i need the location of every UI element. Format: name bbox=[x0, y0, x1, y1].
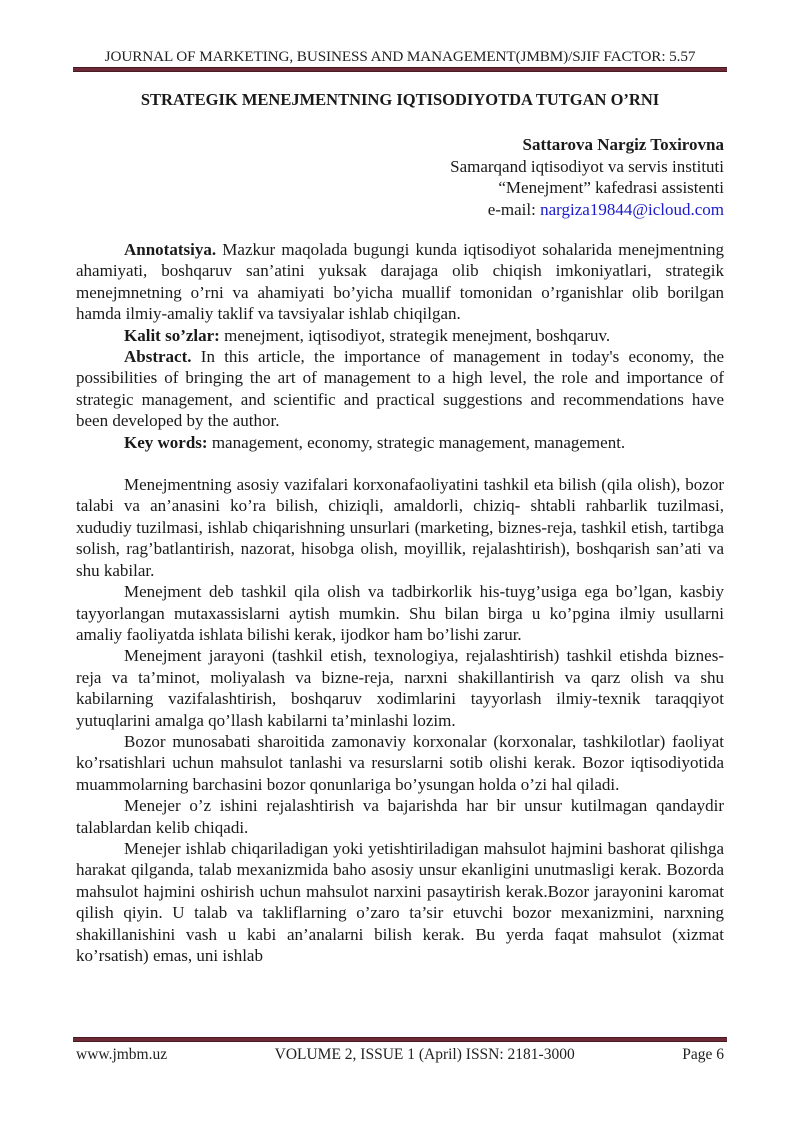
author-name: Sattarova Nargiz Toxirovna bbox=[450, 134, 724, 156]
keywords-en-paragraph: Key words: management, economy, strategi… bbox=[76, 432, 724, 453]
page-footer: www.jmbm.uz VOLUME 2, ISSUE 1 (April) IS… bbox=[76, 1046, 724, 1064]
email-label: e-mail: bbox=[488, 200, 540, 219]
keywords-uz-text: menejment, iqtisodiyot, strategik menejm… bbox=[220, 326, 610, 345]
body-paragraph: Menejment jarayoni (tashkil etish, texno… bbox=[76, 645, 724, 731]
footer-rule bbox=[73, 1037, 727, 1042]
annotation-paragraph: Annotatsiya. Mazkur maqolada bugungi kun… bbox=[76, 239, 724, 325]
keywords-en-text: management, economy, strategic managemen… bbox=[208, 433, 626, 452]
footer-website[interactable]: www.jmbm.uz bbox=[76, 1046, 167, 1064]
email-link[interactable]: nargiza19844@icloud.com bbox=[540, 200, 724, 219]
section-gap bbox=[76, 453, 724, 474]
article-title: STRATEGIK MENEJMENTNING IQTISODIYOTDA TU… bbox=[40, 90, 760, 110]
article-content: Annotatsiya. Mazkur maqolada bugungi kun… bbox=[76, 239, 724, 966]
footer-page-number: Page 6 bbox=[682, 1046, 724, 1064]
author-email-line: e-mail: nargiza19844@icloud.com bbox=[450, 199, 724, 221]
journal-header: JOURNAL OF MARKETING, BUSINESS AND MANAG… bbox=[73, 48, 727, 66]
body-paragraph: Menejer o’z ishini rejalashtirish va baj… bbox=[76, 795, 724, 838]
author-block: Sattarova Nargiz Toxirovna Samarqand iqt… bbox=[450, 134, 724, 220]
body-paragraph: Bozor munosabati sharoitida zamonaviy ko… bbox=[76, 731, 724, 795]
body-paragraph: Menejmentning asosiy vazifalari korxonaf… bbox=[76, 474, 724, 581]
body-paragraph: Menejment deb tashkil qila olish va tadb… bbox=[76, 581, 724, 645]
abstract-paragraph: Abstract. In this article, the importanc… bbox=[76, 346, 724, 432]
annotation-label: Annotatsiya. bbox=[124, 240, 216, 259]
author-affiliation: Samarqand iqtisodiyot va servis institut… bbox=[450, 156, 724, 178]
abstract-label: Abstract. bbox=[124, 347, 192, 366]
keywords-en-label: Key words: bbox=[124, 433, 208, 452]
footer-volume: VOLUME 2, ISSUE 1 (April) ISSN: 2181-300… bbox=[275, 1046, 575, 1064]
author-position: “Menejment” kafedrasi assistenti bbox=[450, 177, 724, 199]
body-paragraph: Menejer ishlab chiqariladigan yoki yetis… bbox=[76, 838, 724, 966]
header-rule bbox=[73, 67, 727, 72]
keywords-uz-label: Kalit so’zlar: bbox=[124, 326, 220, 345]
keywords-uz-paragraph: Kalit so’zlar: menejment, iqtisodiyot, s… bbox=[76, 325, 724, 346]
